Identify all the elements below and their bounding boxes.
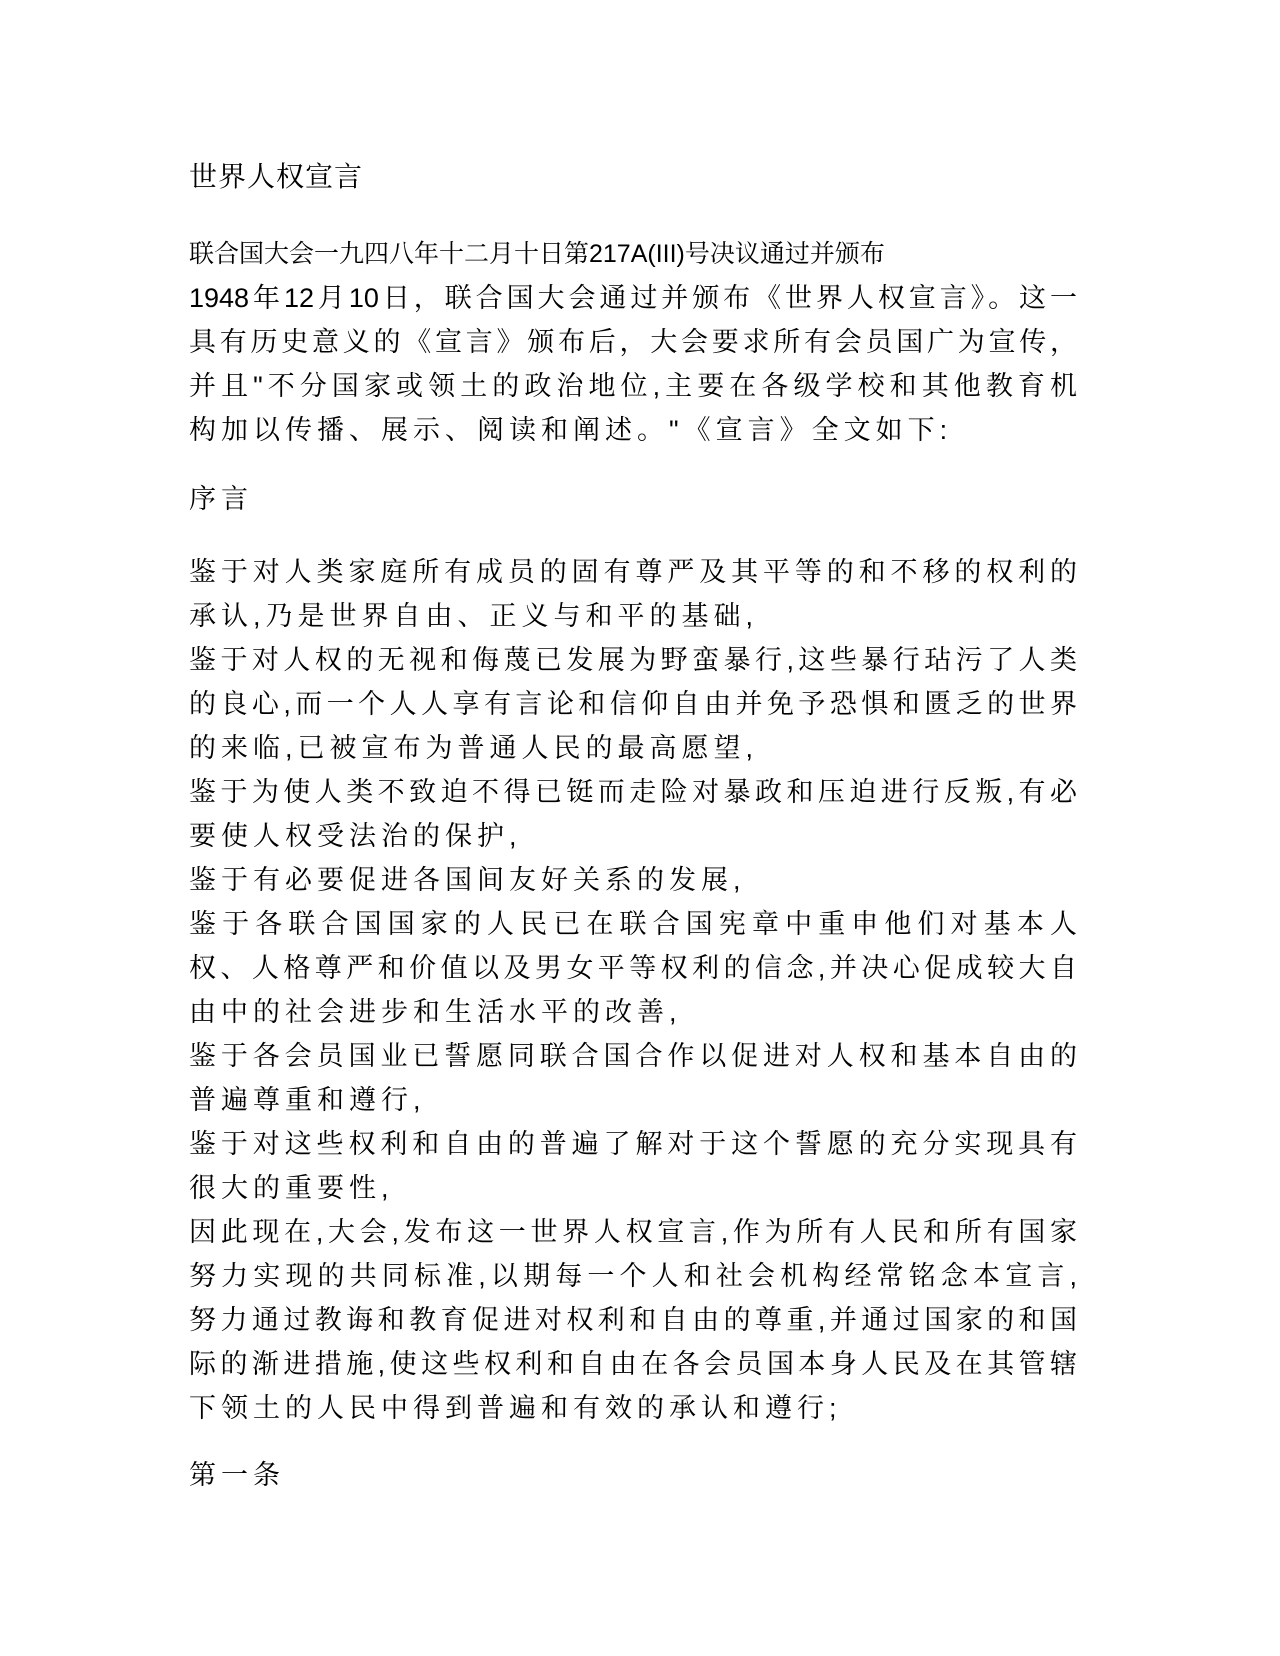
intro-paragraph: 1948年12月10日，联合国大会通过并颁布《世界人权宣言》。这一具有历史意义的… — [189, 276, 1077, 452]
text-line: 鉴于各联合国国家的人民已在联合国宪章中重申他们对基本人 — [189, 902, 1077, 946]
text-line: 鉴于对人权的无视和侮蔑已发展为野蛮暴行,这些暴行玷污了人类 — [189, 638, 1077, 682]
text-line: 因此现在,大会,发布这一世界人权宣言,作为所有人民和所有国家 — [189, 1210, 1077, 1254]
preface-heading: 序言 — [189, 477, 1077, 521]
text-line: 鉴于对这些权利和自由的普遍了解对于这个誓愿的充分实现具有 — [189, 1122, 1077, 1166]
document-subtitle: 联合国大会一九四八年十二月十日第217A(III)号决议通过并颁布 — [189, 232, 1077, 276]
text-line: 承认,乃是世界自由、正义与和平的基础, — [189, 594, 1077, 638]
text-line: 的良心,而一个人人享有言论和信仰自由并免予恐惧和匮乏的世界 — [189, 682, 1077, 726]
text-line: 鉴于对人类家庭所有成员的固有尊严及其平等的和不移的权利的 — [189, 550, 1077, 594]
text-line: 努力通过教诲和教育促进对权利和自由的尊重,并通过国家的和国 — [189, 1298, 1077, 1342]
text-line: 要使人权受法治的保护, — [189, 814, 1077, 858]
text-line: 并且"不分国家或领土的政治地位,主要在各级学校和其他教育机 — [189, 364, 1077, 408]
article1-heading: 第一条 — [189, 1453, 1077, 1497]
text-line: 鉴于有必要促进各国间友好关系的发展, — [189, 858, 1077, 902]
text-line: 构加以传播、展示、阅读和阐述。"《宣言》全文如下: — [189, 408, 1077, 452]
text-line: 努力实现的共同标准,以期每一个人和社会机构经常铭念本宣言, — [189, 1254, 1077, 1298]
preamble-paragraph: 鉴于对人类家庭所有成员的固有尊严及其平等的和不移的权利的承认,乃是世界自由、正义… — [189, 550, 1077, 1430]
document-page: 世界人权宣言 联合国大会一九四八年十二月十日第217A(III)号决议通过并颁布… — [0, 0, 1280, 1656]
text-line: 很大的重要性, — [189, 1166, 1077, 1210]
text-line: 具有历史意义的《宣言》颁布后，大会要求所有会员国广为宣传， — [189, 320, 1077, 364]
text-line: 1948年12月10日，联合国大会通过并颁布《世界人权宣言》。这一 — [189, 276, 1077, 320]
document-title: 世界人权宣言 — [189, 155, 1077, 199]
text-line: 下领土的人民中得到普遍和有效的承认和遵行; — [189, 1386, 1077, 1430]
text-line: 际的渐进措施,使这些权利和自由在各会员国本身人民及在其管辖 — [189, 1342, 1077, 1386]
text-line: 由中的社会进步和生活水平的改善, — [189, 990, 1077, 1034]
text-line: 鉴于各会员国业已誓愿同联合国合作以促进对人权和基本自由的 — [189, 1034, 1077, 1078]
text-line: 权、人格尊严和价值以及男女平等权利的信念,并决心促成较大自 — [189, 946, 1077, 990]
text-line: 的来临,已被宣布为普通人民的最高愿望, — [189, 726, 1077, 770]
text-line: 普遍尊重和遵行, — [189, 1078, 1077, 1122]
text-line: 鉴于为使人类不致迫不得已铤而走险对暴政和压迫进行反叛,有必 — [189, 770, 1077, 814]
